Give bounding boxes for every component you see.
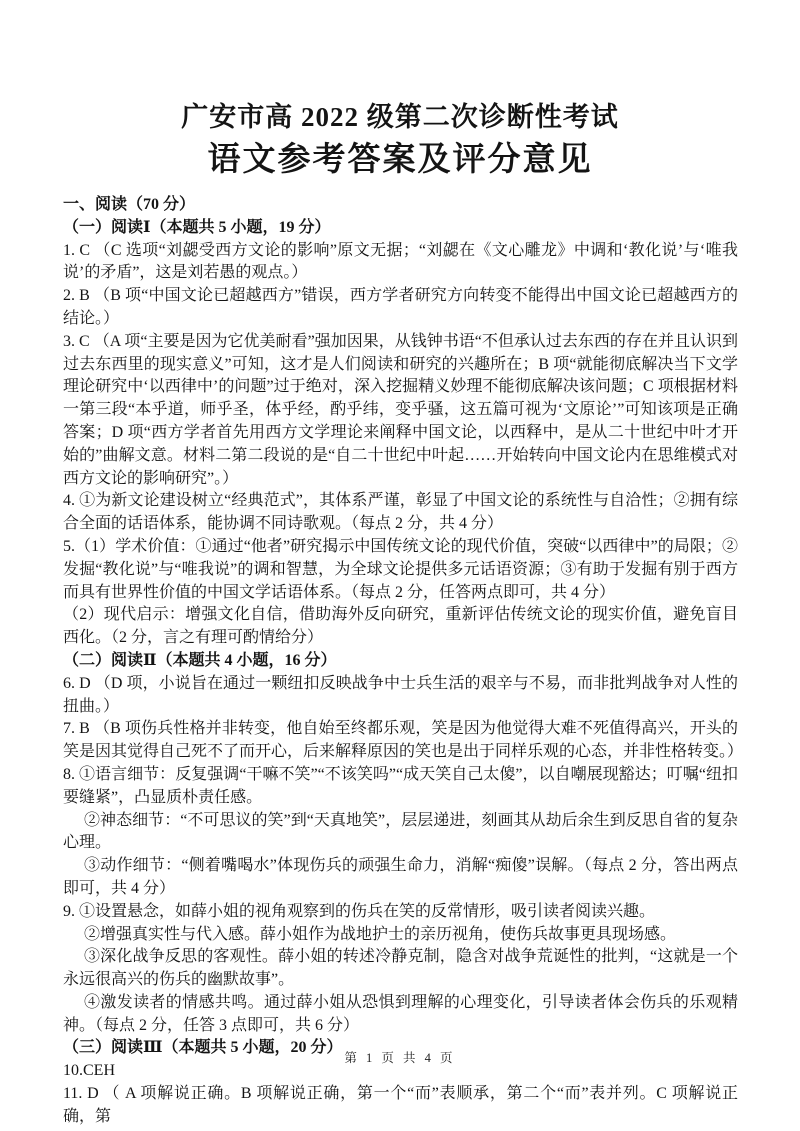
answer-8-point-3: ③动作细节：“侧着嘴喝水”体现伤兵的顽强生命力，消解“痴傻”误解。（每点 2 分… [63,855,738,901]
document-page: 广安市高 2022 级第二次诊断性考试 语文参考答案及评分意见 一、阅读（70 … [0,0,800,1131]
answer-8-point-1: 8. ①语言细节：反复强调“干嘛不笑”“不该笑吗”“成天笑自己太傻”，以自嘲展现… [63,764,738,810]
answer-4: 4. ①为新文论建设树立“经典范式”，其体系严谨，彰显了中国文论的系统性与自洽性… [63,490,738,536]
section-1-heading: 一、阅读（70 分） [63,194,738,217]
answer-9-point-4: ④激发读者的情感共鸣。通过薛小姐从恐惧到理解的心理变化，引导读者体会伤兵的乐观精… [63,992,738,1038]
exam-title: 广安市高 2022 级第二次诊断性考试 [0,101,800,133]
part-1-heading: （一）阅读Ⅰ（本题共 5 小题，19 分） [63,217,738,240]
answer-6: 6. D （D 项，小说旨在通过一颗纽扣反映战争中士兵生活的艰辛与不易，而非批判… [63,673,738,719]
answer-9-point-2: ②增强真实性与代入感。薛小姐作为战地护士的亲历视角，使伤兵故事更具现场感。 [63,924,738,947]
answer-5-part-2: （2）现代启示：增强文化自信，借助海外反向研究，重新评估传统文论的现实价值，避免… [63,604,738,650]
answer-3: 3. C （A 项“主要是因为它优美耐看”强加因果，从钱钟书语“不但承认过去东西… [63,331,738,491]
answer-11: 11. D （ A 项解说正确。B 项解说正确，第一个“而”表顺承，第二个“而”… [63,1083,738,1129]
answer-7: 7. B （B 项伤兵性格并非转变，他自始至终都乐观，笑是因为他觉得大难不死值得… [63,718,738,764]
answer-5-part-1: 5.（1）学术价值：①通过“他者”研究揭示中国传统文论的现代价值，突破“以西律中… [63,536,738,604]
answer-2: 2. B （B 项“中国文论已超越西方”错误，西方学者研究方向转变不能得出中国文… [63,285,738,331]
part-2-heading: （二）阅读Ⅱ（本题共 4 小题，16 分） [63,650,738,673]
page-number: 第 1 页 共 4 页 [0,1048,800,1066]
answer-body: 一、阅读（70 分） （一）阅读Ⅰ（本题共 5 小题，19 分） 1. C （C… [63,194,738,1129]
answer-8-point-2: ②神态细节：“不可思议的笑”到“天真地笑”，层层递进，刻画其从劫后余生到反思自省… [63,810,738,856]
answer-key-title: 语文参考答案及评分意见 [0,139,800,179]
answer-1: 1. C （C 选项“刘勰受西方文论的影响”原文无据；“刘勰在《文心雕龙》中调和… [63,240,738,286]
answer-9-point-1: 9. ①设置悬念，如薛小姐的视角观察到的伤兵在笑的反常情形，吸引读者阅读兴趣。 [63,901,738,924]
answer-9-point-3: ③深化战争反思的客观性。薛小姐的转述冷静克制，隐含对战争荒诞性的批判，“这就是一… [63,946,738,992]
